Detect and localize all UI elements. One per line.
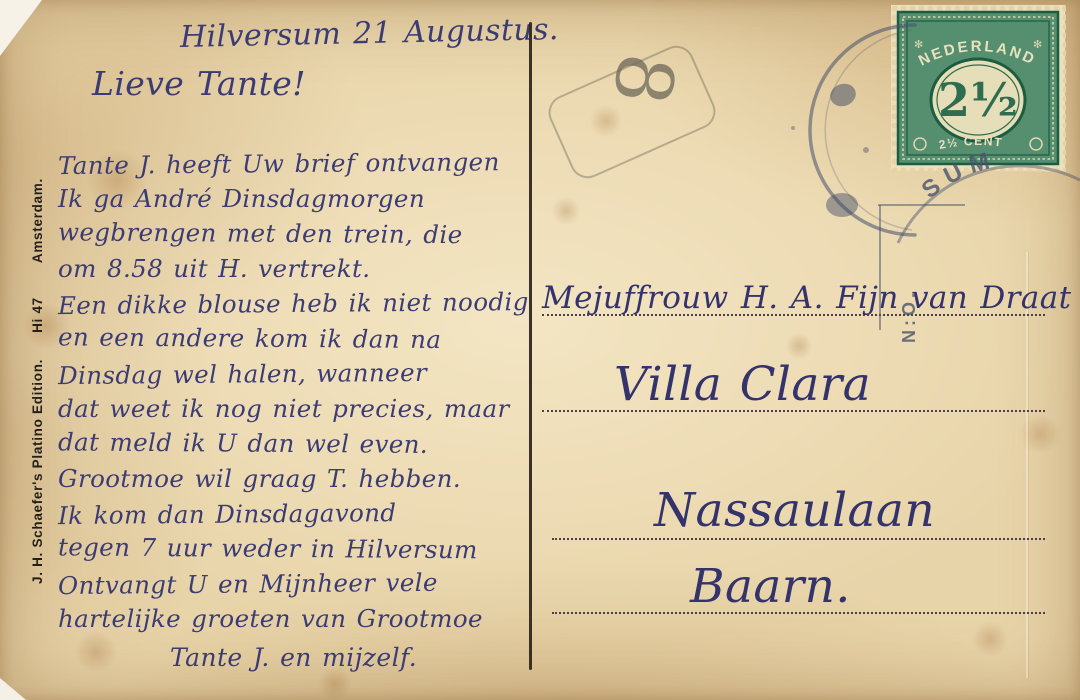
message-line: Ontvangt U en Mijnheer vele [58,564,536,603]
message-line: en een andere kom ik dan na [58,319,536,357]
message-line: Een dikke blouse heb ik niet noodig [58,284,536,323]
postmark-ink-blob [827,80,859,110]
message-line: Grootmoe wil graag T. hebben. [58,461,536,496]
foxing-stain [548,196,584,226]
message-line: om 8.58 uit H. vertrekt. [58,251,536,286]
dateline: Hilversum 21 Augustus. [180,12,559,55]
publisher-edition: J. H. Schaefer's Platino Edition. [30,359,45,584]
message-line: Ik kom dan Dinsdagavond [58,494,536,533]
publisher-city: Amsterdam. [30,178,45,263]
worn-corner-bottom-left [0,678,26,700]
salutation: Lieve Tante! [92,64,306,103]
stamp-ornament: ✻ [1033,38,1042,51]
stamp-ornament: ✻ [914,38,923,51]
postcard-back: Hilversum 21 Augustus. Lieve Tante! Tant… [0,0,1080,700]
message-line: Ik ga André Dinsdagmorgen [58,181,536,216]
publisher-number: Hi 47 [30,297,45,333]
message-line: wegbrengen met den trein, die [58,214,536,252]
postage-stamp: NEDERLAND ✻ ✻ 2½ 2½ CENT [890,4,1066,172]
address-rule-2: Villa Clara [542,326,1045,412]
signature: Tante J. en mijzelf. [170,640,536,675]
message-line: Tante J. heeft Uw brief ontvangen [58,144,536,183]
foxing-stain [968,620,1012,658]
pencil-annotation: 8 [552,34,722,169]
message-line: tegen 7 uur weder in Hilversum [58,529,536,567]
address-city: Baarn. [690,563,851,612]
worn-corner-top-left [0,0,42,56]
message-body: Tante J. heeft Uw brief ontvangen Ik ga … [58,146,536,675]
foxing-stain [1016,412,1064,456]
message-line: hartelijke groeten van Grootmoe [58,601,536,636]
address-rule-3: Nassaulaan [552,452,1045,540]
stamp-value: 2½ [938,73,1018,127]
address-house: Villa Clara [614,361,871,410]
message-line: dat weet ik nog niet precies, maar [58,391,536,426]
message-line: dat meld ik U dan wel even. [58,424,536,462]
message-line: Dinsdag wel halen, wanneer [58,354,536,393]
address-rule-4: Baarn. [552,528,1045,614]
postmark-ink-blob [826,193,858,217]
address-recipient: Mejuffrouw H. A. Fijn van Draat [542,283,1071,314]
publisher-imprint: J. H. Schaefer's Platino Edition.Hi 47Am… [30,178,45,584]
address-rule-1: Mejuffrouw H. A. Fijn van Draat [542,232,1045,316]
center-divider-rule [529,22,532,670]
